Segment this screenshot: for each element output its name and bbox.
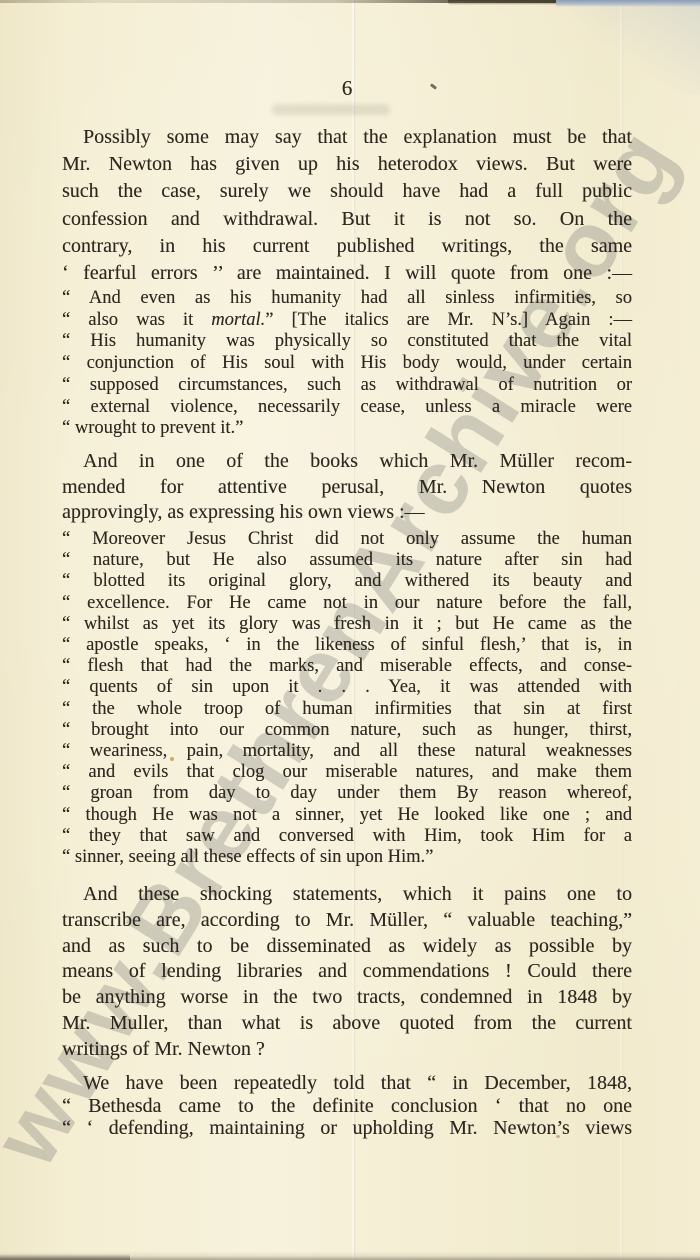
- scanned-page: www.BrethrenArchive.org 6 Possibly some …: [0, 0, 700, 1260]
- page-top-edge-dark: [448, 0, 558, 5]
- text-line: “ Moreover Jesus Christ did not only ass…: [62, 529, 632, 550]
- text-line: means of lending libraries and commendat…: [62, 959, 632, 985]
- text-segment: ” [The italics are Mr. N’s.] Again :—: [265, 310, 632, 330]
- text-line: “ the whole troop of human infirmities t…: [62, 699, 632, 720]
- text-line: “ and evils that clog our miserable natu…: [62, 762, 632, 783]
- text-line: “ also was it mortal.” [The italics are …: [62, 310, 632, 332]
- paragraph-intro: Possibly some may say that the explanati…: [62, 124, 632, 287]
- paper-spot: [170, 757, 174, 761]
- paragraph-muller-books: And in one of the books which Mr. Müller…: [62, 449, 632, 526]
- quotation-newton-mortal: “ And even as his humanity had all sinle…: [62, 288, 632, 440]
- text-line: ‘ fearful errors ’’ are maintained. I wi…: [62, 260, 632, 287]
- text-line: “ groan from day to day under them By re…: [62, 783, 632, 804]
- text-line: “ nature, but He also assumed its nature…: [62, 550, 632, 571]
- text-line: And these shocking statements, which it …: [62, 882, 632, 908]
- text-line: approvingly, as expressing his own views…: [62, 500, 632, 526]
- paper-spot: [556, 1135, 560, 1138]
- text-line: Mr. Newton has given up his heterodox vi…: [62, 151, 632, 178]
- page-number: 6: [62, 76, 632, 101]
- text-line: “ Bethesda came to the definite conclusi…: [62, 1095, 632, 1118]
- text-line: “ And even as his humanity had all sinle…: [62, 288, 632, 310]
- text-line: mended for attentive perusal, Mr. Newton…: [62, 475, 632, 501]
- text-line: “ excellence. For He came not in our nat…: [62, 593, 632, 614]
- text-line: Mr. Muller, than what is above quoted fr…: [62, 1011, 632, 1037]
- text-line: “ whilst as yet its glory was fresh in i…: [62, 614, 632, 635]
- text-line: We have been repeatedly told that “ in D…: [62, 1072, 632, 1095]
- text-line: “ though He was not a sinner, yet He loo…: [62, 805, 632, 826]
- text-line: confession and withdrawal. But it is not…: [62, 206, 632, 233]
- text-line: “ external violence, necessarily cease, …: [62, 397, 632, 419]
- text-line: “ apostle speaks, ‘ in the likeness of s…: [62, 635, 632, 656]
- text-line: be anything worse in the two tracts, con…: [62, 985, 632, 1011]
- text-line: and as such to be disseminated as widely…: [62, 934, 632, 960]
- text-line: “ brought into our common nature, such a…: [62, 720, 632, 741]
- scanner-background-strip: [556, 0, 700, 7]
- text-segment: “ also was it: [62, 310, 211, 330]
- text-line: “ sinner, seeing all these effects of si…: [62, 847, 632, 868]
- quotation-moreover-jesus: “ Moreover Jesus Christ did not only ass…: [62, 529, 632, 868]
- text-line: “ ‘ defending, maintaining or upholding …: [62, 1117, 632, 1140]
- text-line: “ quents of sin upon it . . . Yea, it wa…: [62, 677, 632, 698]
- text-line: “ wrought to prevent it.”: [62, 418, 632, 440]
- text-line: And in one of the books which Mr. Müller…: [62, 449, 632, 475]
- text-line: writings of Mr. Newton ?: [62, 1037, 632, 1063]
- faint-smudge: [272, 104, 390, 115]
- text-line: contrary, in his current published writi…: [62, 233, 632, 260]
- text-line: “ weariness, pain, mortality, and all th…: [62, 741, 632, 762]
- paragraph-shocking-statements: And these shocking statements, which it …: [62, 882, 632, 1063]
- text-line: “ blotted its original glory, and wither…: [62, 571, 632, 592]
- text-line: Possibly some may say that the explanati…: [62, 124, 632, 151]
- text-line: “ conjunction of His soul with His body …: [62, 353, 632, 375]
- text-line: “ supposed circumstances, such as withdr…: [62, 375, 632, 397]
- italic-text: mortal.: [211, 310, 265, 330]
- text-line: such the case, surely we should have had…: [62, 178, 632, 205]
- text-line: “ His humanity was physically so constit…: [62, 331, 632, 353]
- text-line: “ flesh that had the marks, and miserabl…: [62, 656, 632, 677]
- paragraph-bethesda: We have been repeatedly told that “ in D…: [62, 1072, 632, 1140]
- text-line: transcribe are, according to Mr. Müller,…: [62, 908, 632, 934]
- page-bottom-edge-dark: [0, 1254, 130, 1260]
- text-line: “ they that saw and conversed with Him, …: [62, 826, 632, 847]
